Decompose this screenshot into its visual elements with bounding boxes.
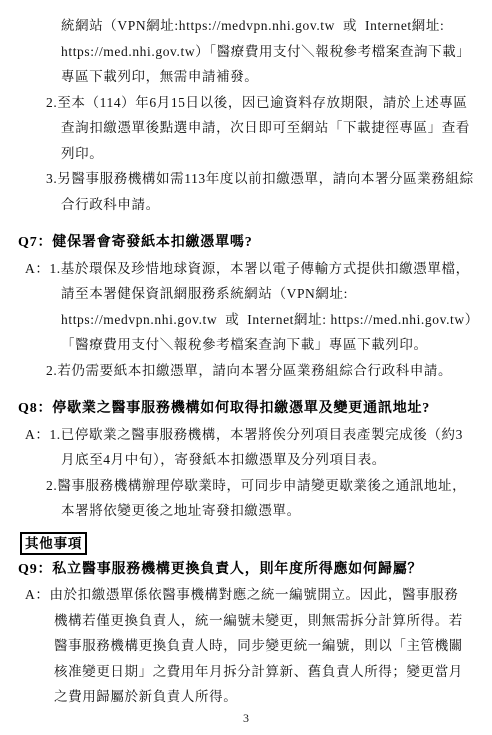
- prev-answer-continuation: 統網站（VPN網址:https://medvpn.nhi.gov.tw 或 In…: [0, 13, 492, 217]
- text-line: 醫事服務機構更換負責人時，同步變更統一編號，則以「主管機關: [54, 633, 492, 659]
- text-line: 合行政科申請。: [61, 192, 492, 218]
- text-line: 機構若僅更換負責人，統一編號未變更，則無需拆分計算所得。若: [54, 608, 492, 634]
- list-item-line: 2.若仍需要紙本扣繳憑單，請向本署分區業務組綜合行政科申請。: [46, 358, 492, 384]
- faq-q7: Q7：健保署會寄發紙本扣繳憑單嗎? A：1.基於環保及珍惜地球資源，本署以電子傳…: [0, 230, 492, 383]
- question-heading: Q9：私立醫事服務機構更換負責人，則年度所得應如何歸屬？: [18, 557, 492, 583]
- text-line: 專區下載列印，無需申請補發。: [61, 64, 492, 90]
- text-line: 請至本署健保資訊網服務系統網站（VPN網址:: [61, 281, 492, 307]
- list-item-line: 2.至本（114）年6月15日以後，因已逾資料存放期限，請於上述專區: [46, 90, 492, 116]
- text-line: 本署將依變更後之地址寄發扣繳憑單。: [61, 498, 492, 524]
- faq-q9: Q9：私立醫事服務機構更換負責人，則年度所得應如何歸屬？ A：由於扣繳憑單係依醫…: [0, 557, 492, 710]
- faq-q8: Q8：停歇業之醫事服務機構如何取得扣繳憑單及變更通訊地址? A：1.已停歇業之醫…: [0, 396, 492, 524]
- text-line: 查詢扣繳憑單後點選申請，次日即可至網站「下載捷徑專區」查看: [61, 115, 492, 141]
- text-line: 「醫療費用支付＼報稅參考檔案查詢下載」專區下載列印。: [61, 332, 492, 358]
- page-number: 3: [0, 711, 492, 726]
- section-heading-box: 其他事項: [20, 530, 492, 557]
- question-heading: Q8：停歇業之醫事服務機構如何取得扣繳憑單及變更通訊地址?: [18, 396, 492, 422]
- document-page: 統網站（VPN網址:https://medvpn.nhi.gov.tw 或 In…: [0, 0, 492, 735]
- text-line: 之費用歸屬於新負責人所得。: [54, 684, 492, 710]
- text-line: https://med.nhi.gov.tw）「醫療費用支付＼報稅參考檔案查詢下…: [61, 39, 492, 65]
- answer-line: A：由於扣繳憑單係依醫事機構對應之統一編號開立。因此，醫事服務: [25, 582, 492, 608]
- text-line: 核准變更日期」之費用年月拆分計算新、舊負責人所得；變更當月: [54, 659, 492, 685]
- answer-line: A：1.已停歇業之醫事服務機構，本署將俟分列項目表產製完成後（約3: [25, 422, 492, 448]
- text-line: https://medvpn.nhi.gov.tw 或 Internet網址: …: [61, 307, 492, 333]
- section-heading-label: 其他事項: [20, 532, 87, 555]
- text-line: 列印。: [61, 141, 492, 167]
- text-line: 月底至4月中旬），寄發紙本扣繳憑單及分列項目表。: [61, 447, 492, 473]
- text-line: 統網站（VPN網址:https://medvpn.nhi.gov.tw 或 In…: [61, 13, 492, 39]
- question-heading: Q7：健保署會寄發紙本扣繳憑單嗎?: [18, 230, 492, 256]
- list-item-line: 3.另醫事服務機構如需113年度以前扣繳憑單，請向本署分區業務組綜: [46, 166, 492, 192]
- list-item-line: 2.醫事服務機構辦理停歇業時，可同步申請變更歇業後之通訊地址，: [46, 473, 492, 499]
- answer-line: A：1.基於環保及珍惜地球資源，本署以電子傳輸方式提供扣繳憑單檔，: [25, 256, 492, 282]
